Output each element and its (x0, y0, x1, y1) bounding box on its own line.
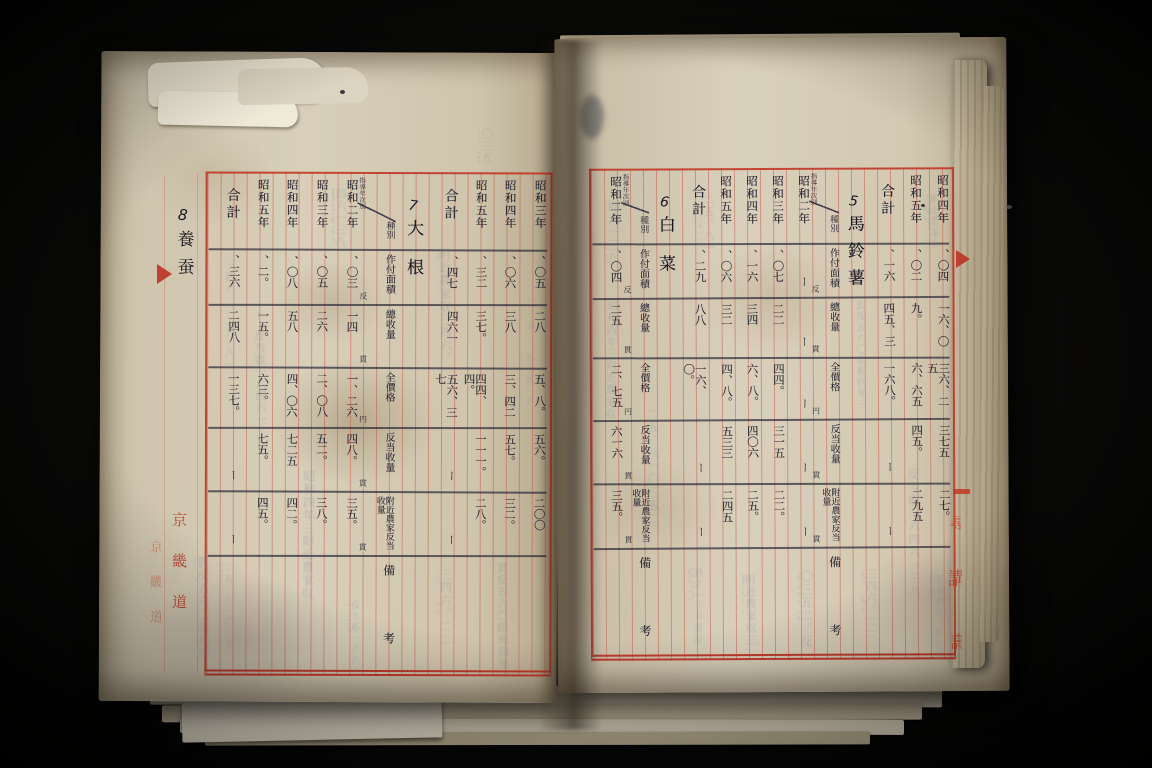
fore-edge-stack (978, 86, 1004, 642)
table-rule-line (592, 296, 949, 300)
row-unit: 貫 (624, 471, 632, 482)
book-gutter (538, 40, 602, 730)
table-cell-value: ー (429, 470, 457, 489)
table-cell-value: 五六、三七 (428, 373, 457, 425)
col-year-header: 昭和五年 (894, 174, 921, 241)
row-header: 考 (623, 625, 651, 643)
table-cell-value: ー (868, 525, 895, 544)
table-cell-value: 三四 (731, 303, 758, 355)
row-unit: 円 (624, 407, 632, 418)
section-title-text: 白菜 (656, 215, 674, 345)
corner-axis-label: 指導年次別 (622, 174, 629, 242)
table-cell-value: 四〇六 (731, 425, 758, 481)
row-header: 考 (356, 632, 394, 650)
table-cell-value: 、〇二 (894, 248, 921, 293)
table-cell-value: ー (783, 276, 809, 294)
col-year-header: 合計 (867, 174, 894, 241)
table-cell-value: ー (784, 526, 810, 544)
table-cell-value: 三二。 (485, 497, 515, 552)
edge-stamp-icon (953, 489, 970, 494)
section-title-text: 大根 (404, 219, 421, 349)
table-cell-value: ー (868, 461, 895, 480)
corner-axis-label: 種別 (828, 215, 837, 241)
col-year-header: 昭和二年 (783, 175, 809, 242)
bleedthrough-text: 反当收一六四六一三八 (905, 468, 921, 620)
protruding-sheet (182, 697, 443, 742)
row-unit: 貫 (624, 345, 632, 356)
table-cell-value: 、三二 (457, 255, 486, 301)
table-cell-value: 四五。 (239, 497, 268, 552)
table-cell-value: 、〇三 (327, 255, 358, 301)
bleedthrough-text: 附近農家収三四六。二 (741, 574, 756, 654)
row-unit: 貫 (359, 354, 367, 365)
table-corner: 指導年次別種別 (621, 171, 649, 245)
col-year-header: 昭和五年 (457, 179, 486, 248)
table-cell-value: 一、二六 (327, 373, 358, 424)
table-cell-value: 、二。 (239, 255, 268, 301)
row-unit: 貫 (812, 470, 820, 481)
row-unit: 反 (623, 285, 631, 296)
bleedthrough-text: 貫反五六〇昭和四年三 (493, 562, 509, 674)
table-cell-value: ー (784, 336, 810, 354)
table-cell-value: ー (784, 462, 810, 480)
bleedthrough-text: 附近農家収三四六。二 (436, 248, 452, 368)
col-year-header: 昭和三年 (297, 179, 327, 248)
col-year-header: 昭和四年 (268, 179, 297, 248)
table-cell-value: 、一六 (867, 248, 895, 294)
row-unit: 反 (359, 291, 367, 302)
table-cell-value: 三一五 (758, 425, 784, 480)
col-year-header: 昭和三年 (757, 175, 783, 242)
table-cell-value: 三七五 (922, 424, 950, 479)
bleedthrough-text: 二五。八一〇三五二。 (217, 562, 232, 654)
corner-axis-label: 種別 (384, 221, 393, 247)
bleedthrough-text: 三四六。二二五。八一 (436, 568, 451, 668)
bleedthrough-text: 二五。八一〇三五二。 (700, 194, 715, 256)
province-stamp-text-under: 京畿道 (147, 540, 161, 690)
red-tab-icon (956, 250, 970, 268)
table-rule-line (208, 304, 547, 306)
corner-axis-label: 種別 (638, 216, 647, 242)
table-corner: 指導年次別種別 (809, 170, 839, 244)
table-cell-value: 四四、四。 (457, 373, 486, 424)
row-header: 考 (811, 624, 841, 642)
table-cell-value: 三五。 (326, 497, 357, 552)
margin-rule (164, 175, 165, 673)
table-cell-value: 、〇六 (486, 255, 516, 301)
table-cell-value: 四、〇六 (267, 372, 297, 424)
row-header: 備 (357, 564, 395, 582)
bleedthrough-text: 反当收一六四六一三八 (344, 600, 359, 680)
bleedthrough-text: 附近農家収三四六。二 (924, 194, 939, 254)
table-cell-value: 六、八。 (731, 363, 758, 417)
table-cell-value: 六、六五 (895, 362, 922, 415)
table-cell-value: ー (680, 462, 706, 480)
table-cell-value: ー (211, 533, 239, 552)
bleedthrough-text: 四六一三八貫反五六〇 (605, 200, 620, 270)
table-cell-value: 三二 (705, 303, 731, 354)
ledger-photo: 8 養蚕 京畿道 京畿道 合計、三六二四八一三七。ーー昭和五年、二。一五。六三。… (0, 0, 1152, 768)
bleedthrough-text: 昭和四年三附近農家収 (299, 470, 315, 610)
row-unit: 貫 (359, 542, 367, 553)
torn-corner-sheet (238, 67, 369, 105)
speck (1006, 205, 1012, 209)
table-cell-value: ー (784, 398, 810, 416)
speck (340, 90, 345, 94)
table-cell-value: 一六、〇 (921, 302, 949, 353)
row-unit: 円 (359, 414, 367, 425)
bleedthrough-text: 〇三五二。反当收一六 (478, 128, 493, 168)
table-cell-value: 三七。 (457, 310, 486, 364)
row-unit: 貫 (359, 478, 367, 489)
table-cell-value: 八八 (679, 303, 706, 354)
corner-axis-label: 指導年次別 (810, 173, 817, 241)
bleedthrough-text: 二五。八一〇三五二。 (644, 408, 660, 558)
table-cell-value: 一一一。 (457, 433, 486, 488)
margin-section-number: 8 (177, 206, 188, 225)
table-cell-value: 一六八。 (867, 362, 895, 416)
section-number: 7 (407, 197, 418, 214)
row-unit: 円 (812, 406, 820, 417)
table-cell-value: 三、四二 (486, 373, 516, 424)
table-cell-value: 、〇四 (921, 248, 949, 293)
col-year-header: 合計 (429, 179, 457, 248)
table-cell-value: 、一六 (731, 249, 758, 295)
bleedthrough-text: 貫反五六〇昭和四年三 (194, 556, 210, 666)
table-cell-value: 九。 (895, 302, 922, 353)
table-cell-value: ー (680, 526, 706, 544)
row-unit: 反 (811, 284, 819, 295)
table-cell-value: 五八 (268, 309, 298, 364)
section-number: 6 (658, 194, 669, 211)
province-stamp-text: 京畿道 (171, 512, 186, 682)
row-unit: 貫 (812, 344, 820, 355)
col-year-header: 合計 (211, 179, 239, 248)
table-cell-value: 二、〇八 (297, 373, 327, 424)
table-cell-value: 二五。 (732, 489, 759, 545)
row-header: 備 (811, 556, 841, 574)
table-cell-value: 三八 (486, 310, 516, 364)
section-title: 7大根 (395, 198, 429, 349)
margin-section-text: 養蚕 (175, 230, 192, 286)
section-title: 6白菜 (649, 194, 680, 345)
table-cell-value: 二八。 (457, 497, 486, 552)
bleedthrough-text: 四六一三八貫反五六〇 (332, 188, 347, 248)
table-cell-value: 二七。 (922, 488, 950, 543)
table-rule-line (208, 490, 547, 494)
table-corner: 指導年次別種別 (357, 174, 395, 250)
table-cell-value: 七二五 (267, 432, 297, 488)
col-year-header: 昭和五年 (239, 179, 268, 248)
bleedthrough-text: 昭和四年三附近農家収 (928, 574, 943, 670)
table-cell-value: 五三三 (706, 425, 732, 480)
table-cell-value: 四二。 (267, 496, 297, 552)
table-cell-value: 二二 (758, 303, 784, 354)
bleedthrough-text: 〇三五二。反当收一六 (797, 570, 812, 650)
table-cell-value: 、〇七 (757, 249, 783, 294)
table-cell-value: 四八。 (327, 433, 358, 488)
section-number: 5 (847, 193, 858, 210)
table-cell-value: 四四。 (758, 363, 784, 416)
bleedthrough-text: 四六一三八貫反五六〇 (687, 568, 702, 650)
row-unit: 貫 (813, 534, 821, 545)
corner-axis-label: 指導年次別 (358, 177, 365, 247)
col-year-header: 昭和四年 (486, 179, 515, 248)
bleedthrough-text: 三四六。二二五。八一 (861, 568, 876, 660)
table-cell-value: 三六、二五 (921, 362, 949, 415)
table-cell-value: 四五、三 (867, 302, 895, 354)
table-cell-value: ー (428, 534, 456, 553)
table-rule-line (593, 357, 950, 360)
bleedthrough-text: 反当收一六四六一三八 (251, 330, 267, 490)
table-cell-value: 二六 (297, 310, 327, 364)
table-cell-value: 二二。 (758, 489, 784, 544)
table-cell-value: 四、八。 (706, 363, 732, 416)
row-header: 備 (623, 557, 651, 575)
table-cell-value: 、〇八 (268, 254, 298, 301)
bleedthrough-text: 三四六。二二五。八一 (217, 260, 234, 450)
table-cell-value: ー (211, 469, 239, 488)
row-unit: 貫 (625, 535, 633, 546)
col-year-header: 昭和四年 (731, 175, 757, 242)
table-cell-value: 五七。 (486, 433, 516, 488)
table-cell-value: 一四 (327, 310, 358, 364)
table-cell-value: 一六、〇。 (680, 363, 707, 416)
table-rule-line (208, 555, 547, 557)
table-cell-value: 二四五 (706, 489, 732, 544)
table-cell-value: 、〇五 (297, 255, 327, 301)
red-tab-icon (157, 264, 172, 284)
